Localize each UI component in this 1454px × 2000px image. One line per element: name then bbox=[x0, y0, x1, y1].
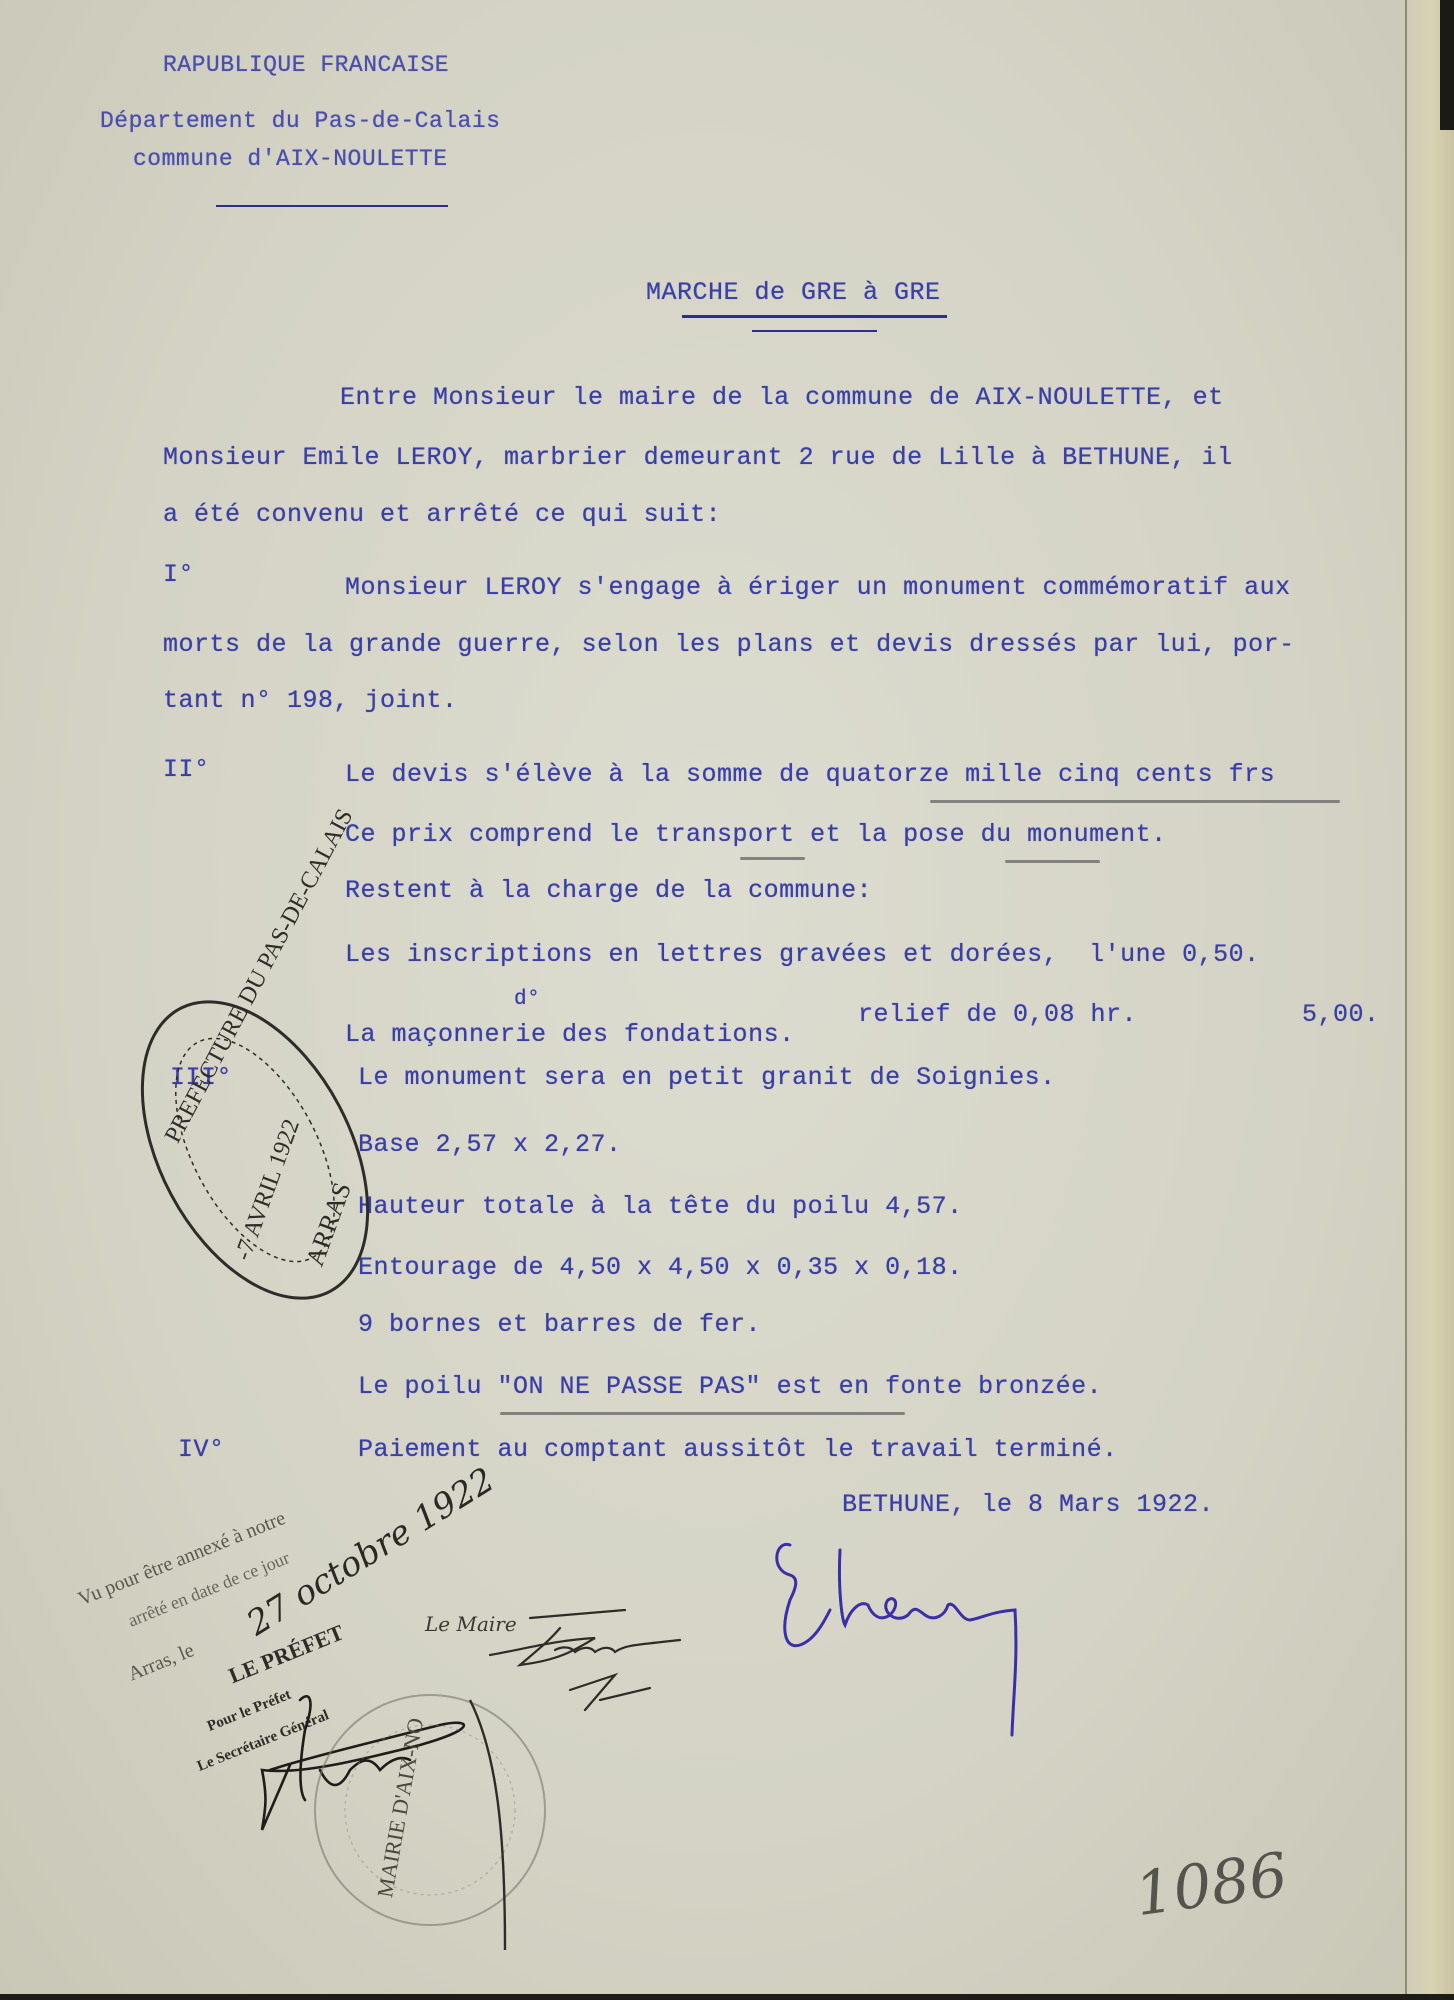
mairie-stamp-icon bbox=[0, 0, 1454, 2000]
